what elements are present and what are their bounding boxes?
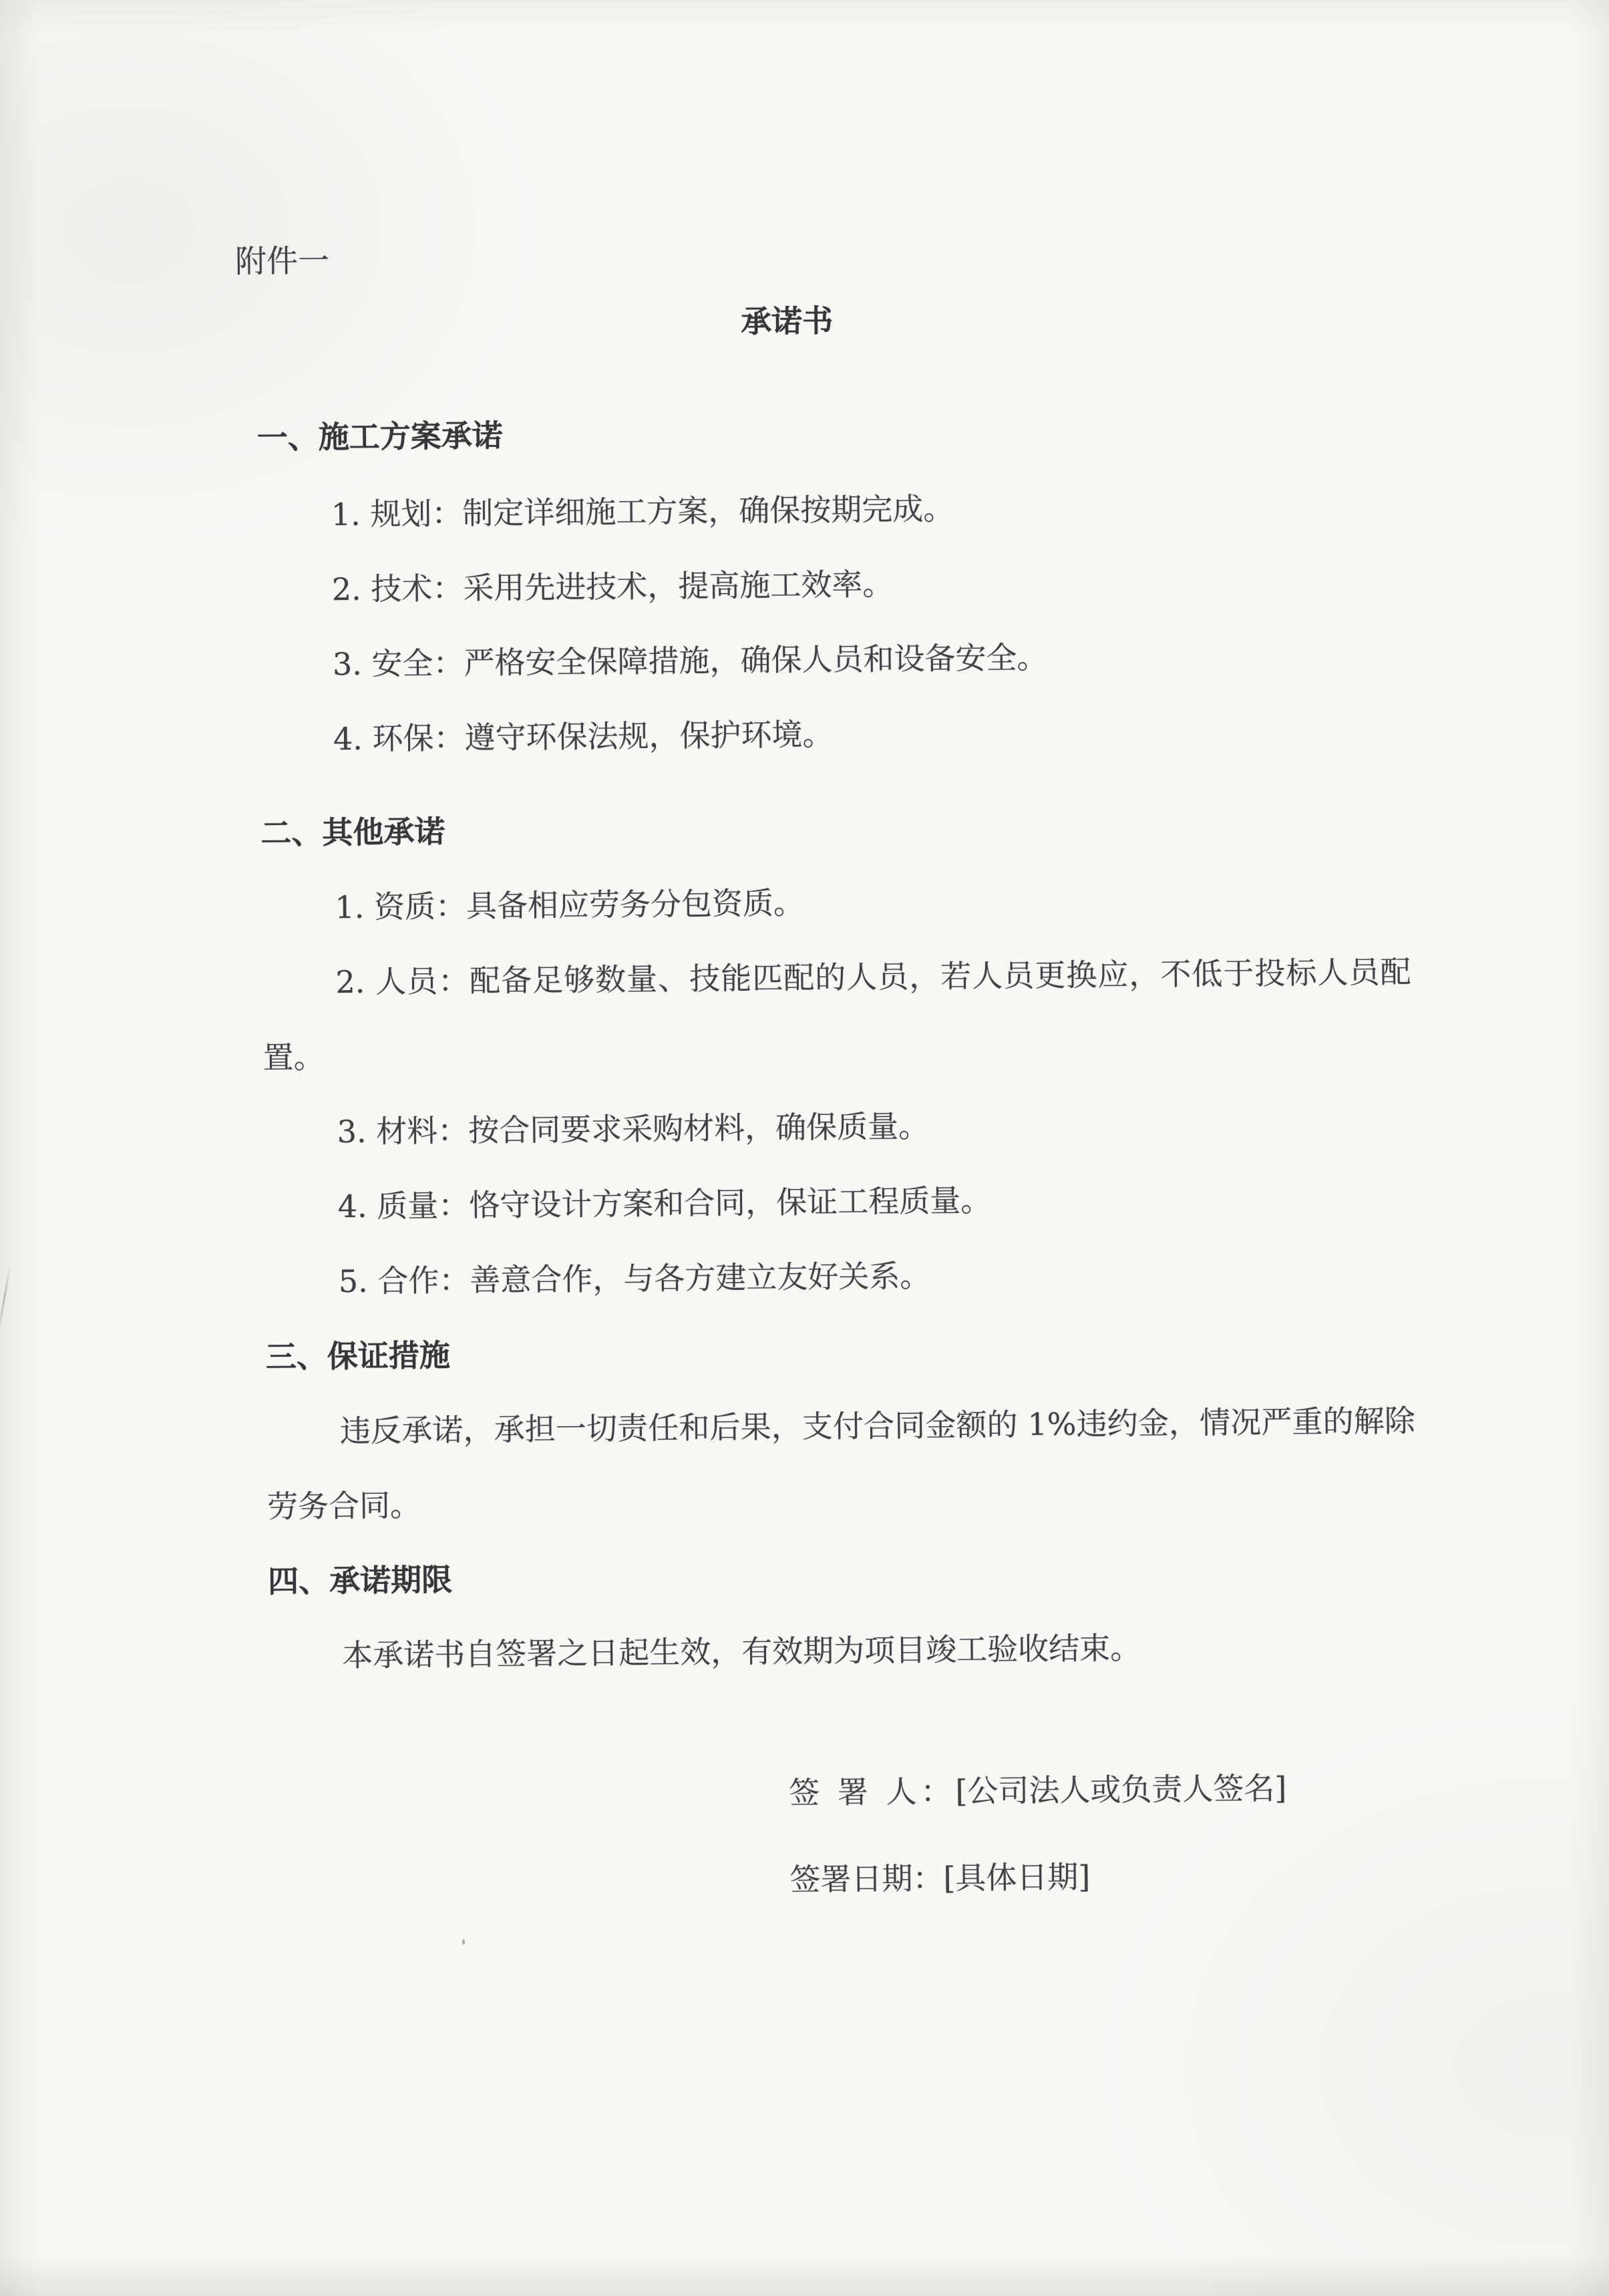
list-item: 1. 规划：制定详细施工方案，确保按期完成。 bbox=[257, 467, 1407, 553]
scan-scratch-artifact bbox=[0, 1263, 11, 1341]
item-list: 1. 规划：制定详细施工方案，确保按期完成。 2. 技术：采用先进技术，提高施工… bbox=[257, 467, 1409, 777]
page-title: 承诺书 bbox=[212, 278, 1362, 364]
list-item: 4. 质量：恪守设计方案和合同，保证工程质量。 bbox=[264, 1159, 1413, 1245]
sign-date-value: [具体日期] bbox=[943, 1858, 1090, 1896]
list-item: 3. 材料：按合同要求采购材料，确保质量。 bbox=[263, 1084, 1413, 1170]
signer-value: [公司法人或负责人签名] bbox=[955, 1770, 1286, 1810]
list-item: 4. 环保：遵守环保法规，保护环境。 bbox=[259, 691, 1409, 778]
scanned-document-page: 附件一 承诺书 一、施工方案承诺 1. 规划：制定详细施工方案，确保按期完成。 … bbox=[0, 0, 1609, 2296]
list-item: 1. 资质：具备相应劳务分包资质。 bbox=[261, 860, 1411, 946]
section-heading: 四、承诺期限 bbox=[268, 1533, 1417, 1619]
list-item: 2. 技术：采用先进技术，提高施工效率。 bbox=[258, 542, 1407, 628]
section-construction-plan: 一、施工方案承诺 1. 规划：制定详细施工方案，确保按期完成。 2. 技术：采用… bbox=[256, 389, 1409, 777]
sign-date-label: 签署日期： bbox=[789, 1860, 944, 1898]
sign-date-line: 签署日期：[具体日期] bbox=[789, 1836, 1420, 1917]
section-commitment-period: 四、承诺期限 本承诺书自签署之日起生效，有效期为项目竣工验收结束。 bbox=[268, 1533, 1418, 1694]
list-item: 3. 安全：严格安全保障措施，确保人员和设备安全。 bbox=[258, 617, 1408, 703]
section-heading: 一、施工方案承诺 bbox=[256, 389, 1406, 476]
list-item: 5. 合作：善意合作，与各方建立友好关系。 bbox=[264, 1234, 1414, 1320]
list-item: 2. 人员：配备足够数量、技能匹配的人员，若人员更换应，不低于投标人员配置。 bbox=[262, 935, 1412, 1096]
section-heading: 二、其他承诺 bbox=[260, 785, 1410, 871]
section-paragraph: 违反承诺，承担一切责任和后果，支付合同金额的 1%违约金，情况严重的解除劳务合同… bbox=[266, 1383, 1416, 1544]
item-list: 1. 资质：具备相应劳务分包资质。 2. 人员：配备足够数量、技能匹配的人员，若… bbox=[261, 860, 1414, 1319]
signer-line: 签 署 人：[公司法人或负责人签名] bbox=[789, 1750, 1419, 1830]
section-paragraph: 本承诺书自签署之日起生效，有效期为项目竣工验收结束。 bbox=[269, 1608, 1418, 1694]
section-other-commitments: 二、其他承诺 1. 资质：具备相应劳务分包资质。 2. 人员：配备足够数量、技能… bbox=[260, 785, 1414, 1319]
section-heading: 三、保证措施 bbox=[265, 1309, 1415, 1395]
scan-speck-artifact bbox=[462, 1939, 465, 1945]
document-content: 附件一 承诺书 一、施工方案承诺 1. 规划：制定详细施工方案，确保按期完成。 … bbox=[252, 0, 1419, 1922]
signature-block: 签 署 人：[公司法人或负责人签名] 签署日期：[具体日期] bbox=[270, 1750, 1420, 1922]
section-guarantee-measures: 三、保证措施 违反承诺，承担一切责任和后果，支付合同金额的 1%违约金，情况严重… bbox=[265, 1309, 1416, 1544]
signer-label: 签 署 人： bbox=[789, 1773, 956, 1810]
